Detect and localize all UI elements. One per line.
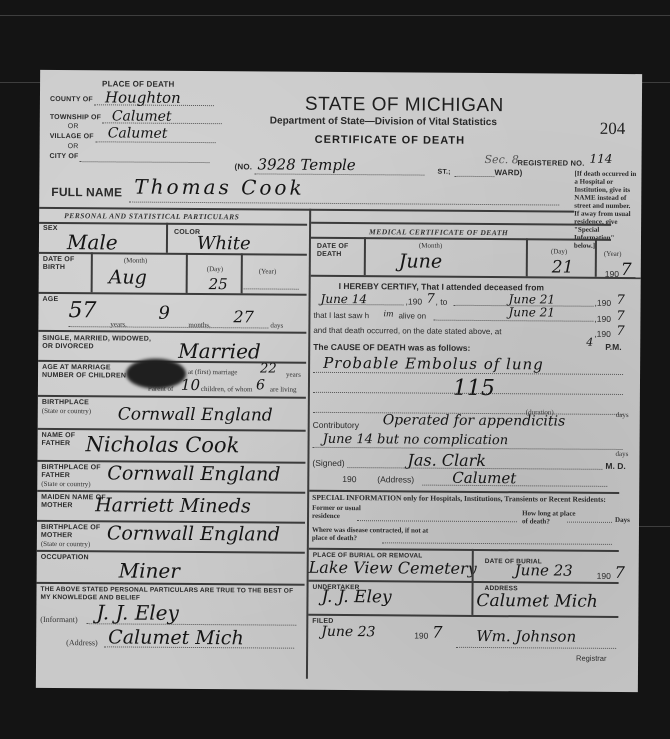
dob-year-label: (Year) xyxy=(259,267,277,275)
attended-to-year: 7 xyxy=(617,293,625,308)
last-saw-text: that I last saw h xyxy=(313,311,369,320)
father-name-label: NAME OF FATHER xyxy=(42,432,92,448)
mother-birthplace-label: BIRTHPLACE OF MOTHER xyxy=(41,524,101,540)
mother-birthplace-sub-label: (State or country) xyxy=(41,540,90,548)
duration-days-label: days xyxy=(616,411,629,419)
medical-section-label: MEDICAL CERTIFICATE OF DEATH xyxy=(369,227,508,237)
burial-place-value: Lake View Cemetery xyxy=(309,558,477,578)
father-birthplace-label: BIRTHPLACE OF FATHER xyxy=(41,464,101,480)
last-saw-year-prefix: ,190 xyxy=(594,314,611,324)
to-label: , to xyxy=(436,297,448,307)
street-label: St.; xyxy=(437,169,450,177)
burial-date-value: June 23 xyxy=(515,561,573,579)
death-year: 7 xyxy=(616,324,624,339)
meridiem: P.M. xyxy=(605,342,621,352)
or-label: or xyxy=(68,123,79,131)
marital-status-value: Married xyxy=(178,339,261,364)
certify-text: I HEREBY CERTIFY, That I attended deceas… xyxy=(339,281,544,292)
age-months-value: 9 xyxy=(158,303,170,324)
first-marriage-age-value: 22 xyxy=(260,361,277,376)
occupation-label: OCCUPATION xyxy=(41,554,89,562)
special-info-label: SPECIAL INFORMATION only for Hospitals, … xyxy=(312,494,606,504)
dod-day-value: 21 xyxy=(552,257,574,277)
registered-no-value: 114 xyxy=(590,152,613,166)
living-label: are living xyxy=(270,386,297,394)
attended-from-year-prefix: ,190 xyxy=(406,296,423,306)
dob-label: DATE OF BIRTH xyxy=(43,256,83,272)
last-saw-year: 7 xyxy=(616,309,624,324)
dob-day-label: (Day) xyxy=(207,265,223,273)
age-days-value: 27 xyxy=(233,307,253,326)
registrar-label: Registrar xyxy=(576,654,606,663)
alive-on-label: alive on xyxy=(398,311,426,320)
undertaker-value: J. J. Eley xyxy=(321,587,391,607)
or-label: or xyxy=(68,143,79,151)
full-name-label: FULL NAME xyxy=(51,188,122,196)
attended-from-year: 7 xyxy=(427,292,435,307)
mother-birthplace-value: Cornwall England xyxy=(107,522,280,545)
village-value: Calumet xyxy=(108,125,168,141)
sex-label: SEX xyxy=(43,225,58,233)
where-contracted-label: Where was disease contracted, if not at … xyxy=(312,526,432,543)
last-saw-date-value: June 21 xyxy=(508,305,555,319)
informant-address-label: (Address) xyxy=(66,638,98,647)
street-number-label: (No. xyxy=(234,163,252,171)
children-total-value: 10 xyxy=(181,376,200,394)
father-birthplace-sub-label: (State or country) xyxy=(41,480,90,488)
county-label: County of xyxy=(50,96,93,104)
street-address-value: 3928 Temple xyxy=(257,155,355,174)
personal-section-label: PERSONAL AND STATISTICAL PARTICULARS xyxy=(64,211,239,221)
attended-to-year-prefix: ,190 xyxy=(595,298,612,308)
years-suffix-label: years xyxy=(286,371,301,379)
dod-month-value: June xyxy=(399,250,442,272)
how-long-label: How long at place of death? xyxy=(522,509,582,525)
dod-month-label: (Month) xyxy=(419,242,442,250)
occupation-value: Miner xyxy=(119,558,180,582)
physician-address-label: (Address) xyxy=(377,474,414,484)
filed-year-prefix: 190 xyxy=(414,631,428,641)
sex-value: Male xyxy=(67,230,118,254)
how-long-days-label: Days xyxy=(615,516,630,524)
mother-maiden-name-value: Harriett Mineds xyxy=(95,494,251,517)
signed-label: (Signed) xyxy=(312,458,344,468)
margin-annotation: Sec. 8 xyxy=(485,153,519,166)
days-label: days xyxy=(270,322,283,330)
children-mid-label: children, of whom xyxy=(201,385,253,393)
undertaker-address-value: Calumet Mich xyxy=(476,591,597,612)
township-value: Calumet xyxy=(112,108,172,124)
state-title: STATE OF MICHIGAN xyxy=(305,94,504,117)
contributory-label: Contributory xyxy=(313,420,359,430)
cause-code: 115 xyxy=(453,376,495,401)
dob-month-label: (Month) xyxy=(124,256,147,264)
last-saw-pronoun: im xyxy=(383,309,393,318)
marital-status-label: SINGLE, MARRIED, WIDOWED, OR DIVORCED xyxy=(42,335,152,352)
age-label: AGE xyxy=(43,296,59,304)
village-label: Village of xyxy=(50,133,94,141)
registered-no-label: Registered No. xyxy=(517,159,584,167)
certificate-title: CERTIFICATE OF DEATH xyxy=(315,134,465,147)
dob-day-value: 25 xyxy=(209,275,228,293)
city-label: City of xyxy=(50,153,79,161)
informant-value: J. J. Eley xyxy=(96,600,179,625)
father-birthplace-value: Cornwall England xyxy=(107,462,280,485)
md-label: M. D. xyxy=(605,461,625,471)
father-name-value: Nicholas Cook xyxy=(85,432,239,457)
contributory-days-label: days xyxy=(615,450,628,458)
burial-year-value: 7 xyxy=(615,563,625,582)
contributory-line2: June 14 but no complication xyxy=(323,432,509,448)
dod-day-label: (Day) xyxy=(551,247,567,255)
department-title: Department of State—Division of Vital St… xyxy=(270,116,497,129)
contributory-line1: Operated for appendicitis xyxy=(383,412,566,429)
serial-number: 204 xyxy=(600,119,626,139)
dod-year-label: (Year) xyxy=(604,250,622,258)
scan-artifact-line xyxy=(0,15,670,16)
township-label: Township of xyxy=(50,114,101,122)
birthplace-value: Cornwall England xyxy=(118,404,273,425)
age-years-value: 57 xyxy=(68,298,96,323)
birthplace-sub-label: (State or country) xyxy=(42,407,91,415)
filed-year-value: 7 xyxy=(432,623,442,642)
burial-year-prefix: 190 xyxy=(597,571,611,581)
county-value: Houghton xyxy=(105,88,181,107)
time-of-death-value: 4 xyxy=(586,336,593,349)
cert-date-prefix: 190 xyxy=(342,474,356,484)
registrar-signature: Wm. Johnson xyxy=(476,627,576,646)
death-certificate: PLACE OF DEATH County of Houghton Townsh… xyxy=(36,70,642,692)
death-year-prefix: ,190 xyxy=(594,329,611,339)
informant-label: (Informant) xyxy=(40,615,77,624)
death-occurred-text: and that death occurred, on the date sta… xyxy=(313,326,501,336)
children-living-value: 6 xyxy=(256,377,265,393)
age-at-marriage-label: AGE AT MARRIAGE NUMBER OF CHILDREN xyxy=(42,364,132,381)
color-value: White xyxy=(197,233,251,254)
full-name-value: Thomas Cook xyxy=(134,175,304,200)
cause-of-death-label: The CAUSE OF DEATH was as follows: xyxy=(313,342,470,353)
dob-month-value: Aug xyxy=(109,266,147,288)
dod-label: DATE OF DEATH xyxy=(317,243,357,259)
former-residence-label: Former or usual residence xyxy=(312,504,372,520)
cause-of-death-value: Probable Embolus of lung xyxy=(323,354,544,374)
parent-of-label: Parent of xyxy=(148,385,174,393)
filed-date-value: June 23 xyxy=(321,624,375,640)
ward-label: Ward) xyxy=(494,169,522,177)
